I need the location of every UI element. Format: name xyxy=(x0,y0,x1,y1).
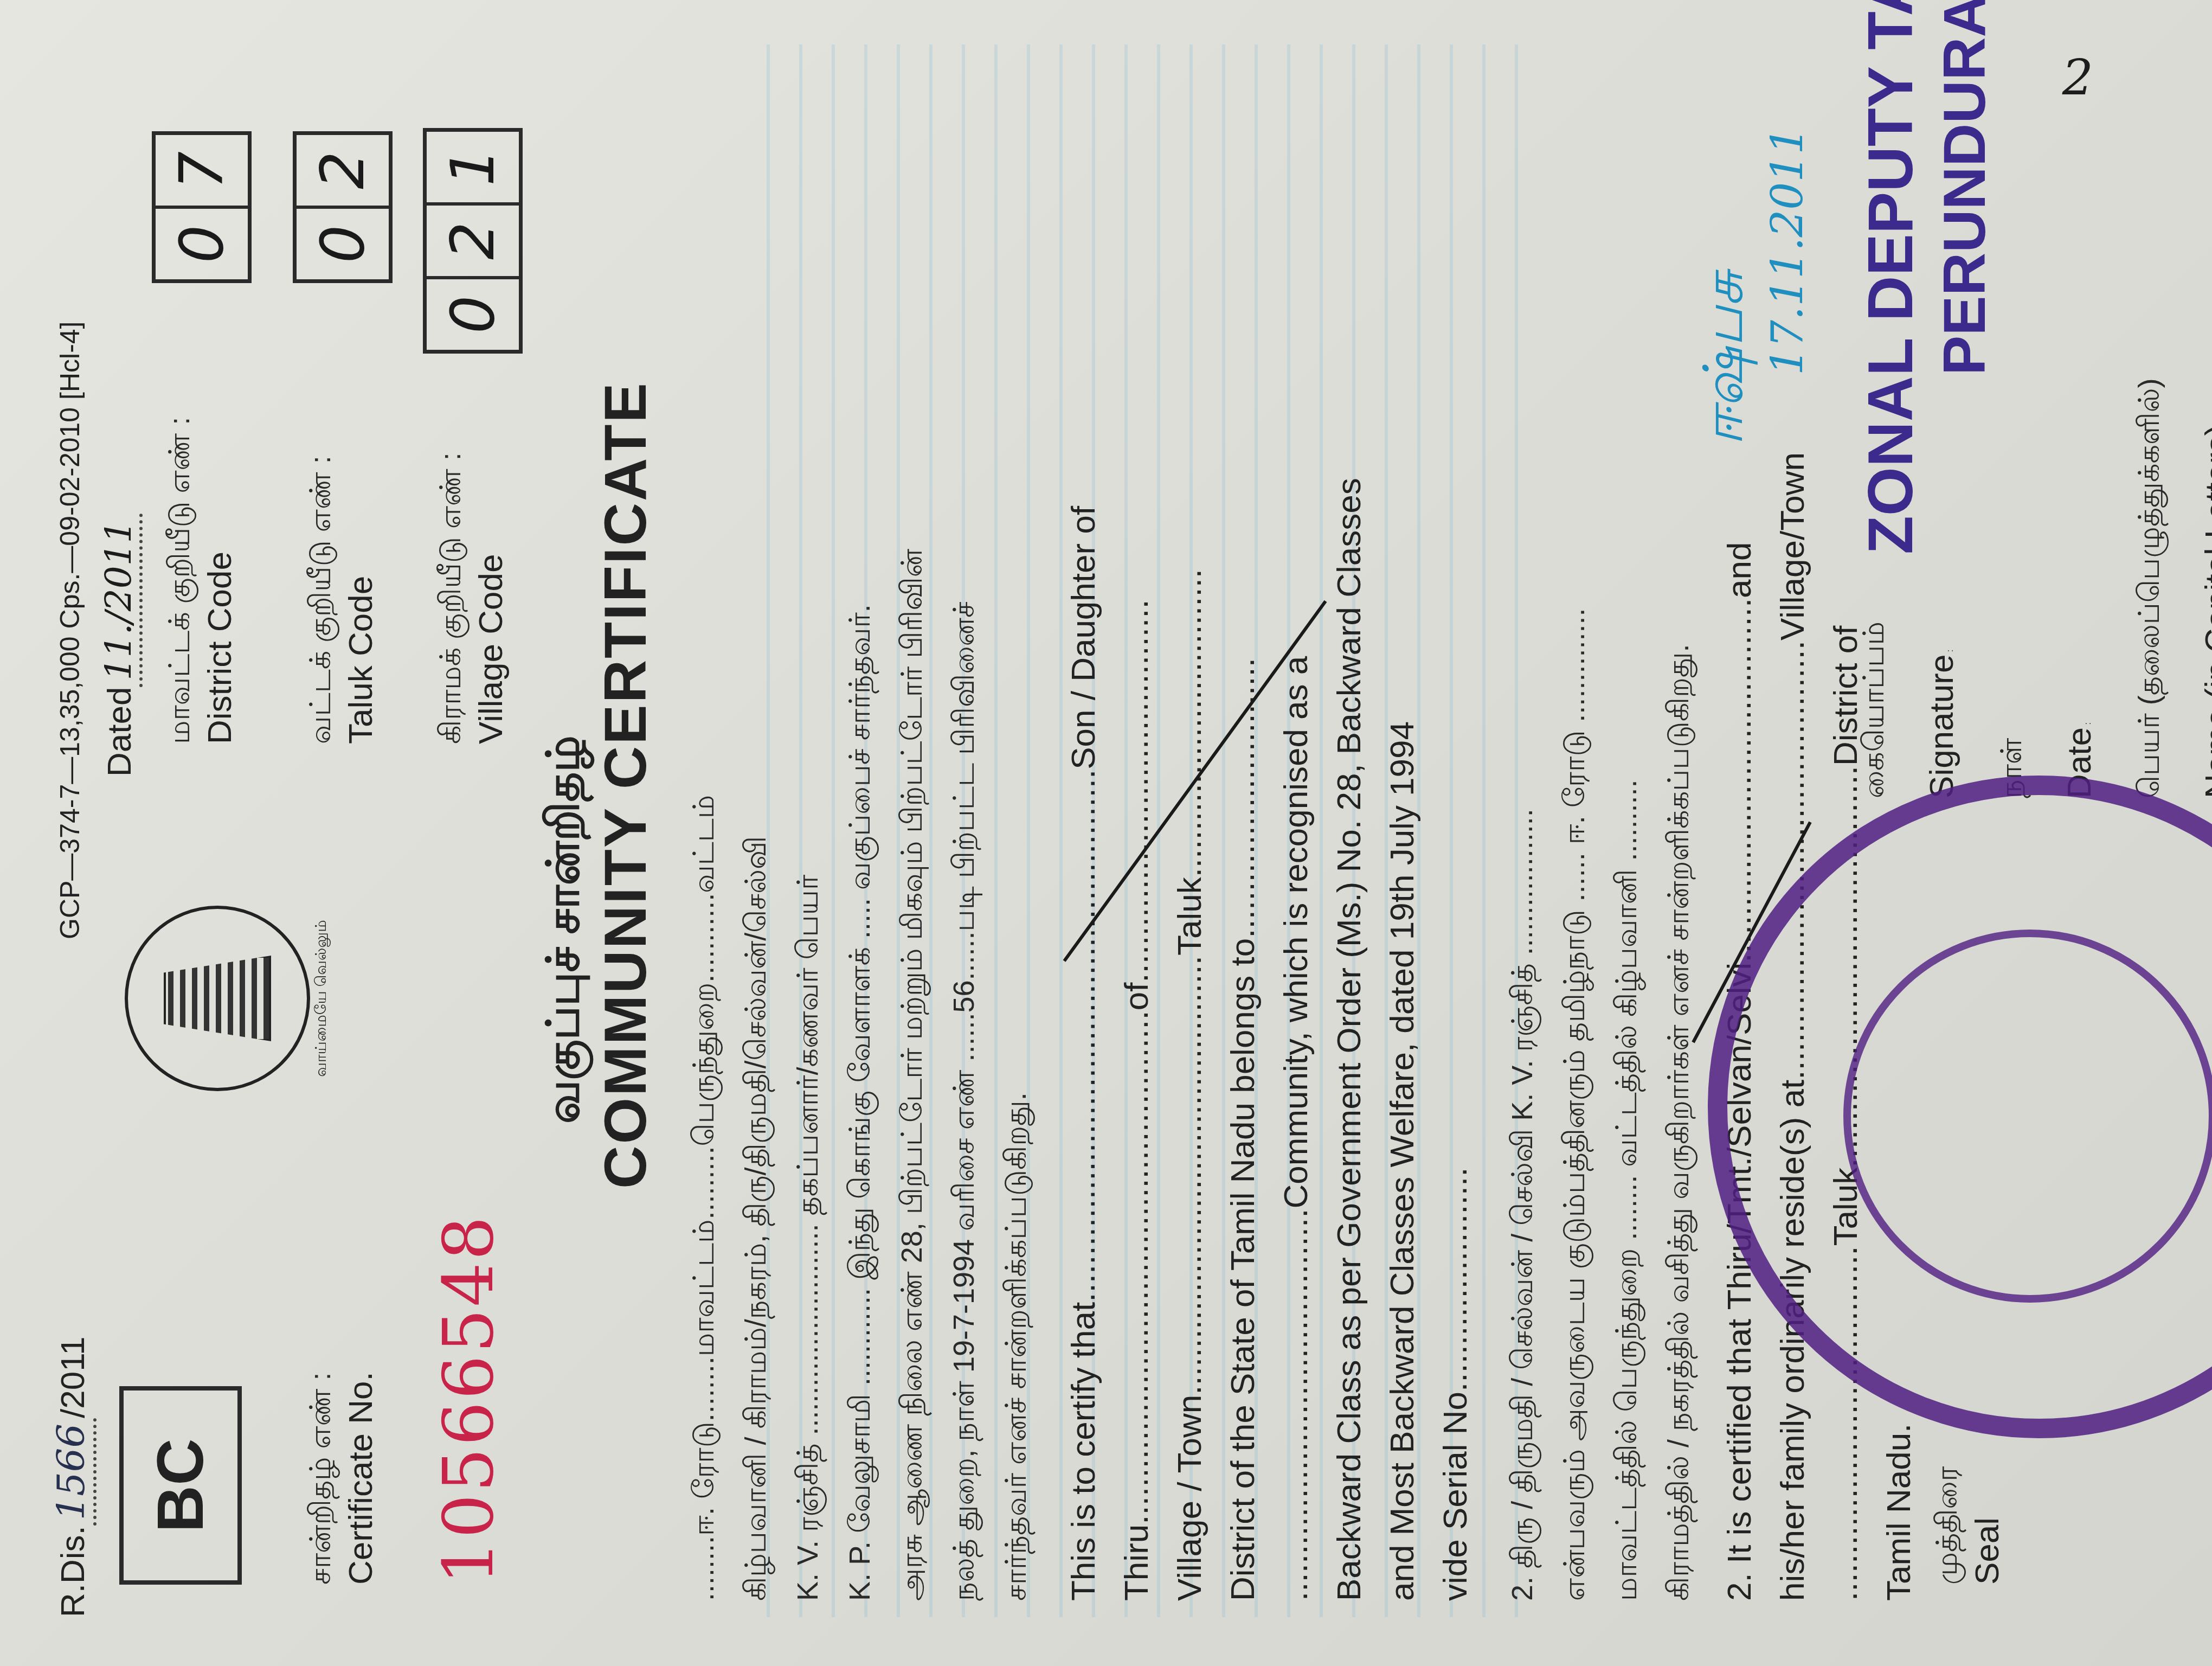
tamil-para2-line: மாவட்டத்தில் பெருந்துறை ........ வட்டத்த… xyxy=(1600,608,1652,1601)
district-code-digit: 7 xyxy=(156,135,248,206)
designation-stamp-line1: ZONAL DEPUTY TAHSILDAR xyxy=(1854,0,1927,554)
tamil-para2-line: கிராமத்தில் / நகரத்தில் வசித்து வருகிறார… xyxy=(1652,608,1705,1601)
village-code-digit: 0 xyxy=(427,276,519,350)
title-tamil: வகுப்புச் சான்றிதழ் xyxy=(537,735,596,1124)
signature-label-en: Signature xyxy=(1923,655,1960,798)
rdis-value: 1566 xyxy=(49,1418,97,1526)
rdis-label: R.Dis. xyxy=(54,1526,92,1617)
designation-stamp-line2: PERUNDURAI. xyxy=(1930,0,1999,375)
english-para1-line: Thiru...................................… xyxy=(1110,478,1163,1601)
tamil-para1-line: K. V. ரஞ்சித் ..........................… xyxy=(782,549,834,1601)
english-para1-line: vide Serial No........................ xyxy=(1429,478,1482,1601)
seal-label-en: Seal xyxy=(1968,1466,2007,1585)
taluk-code-box: 0 2 xyxy=(293,131,393,283)
certificate-no-label: சான்றிதழ் எண் : Certificate No. xyxy=(304,1372,380,1585)
title-english: COMMUNITY CERTIFICATE xyxy=(591,381,660,1189)
signature-date: 17.11.2011 xyxy=(1762,127,1812,375)
taluk-code-label-ta: வட்டக் குறியீடு எண் : xyxy=(304,456,342,744)
page-number-mark: 2 xyxy=(2062,49,2093,106)
emblem-caption: வாய்மையே வெல்லும் xyxy=(312,906,332,1091)
district-code-label-en: District Code xyxy=(201,417,239,744)
tamil-para1-line: அரசு ஆணை நிலை எண் 28, பிற்பட்டோர் மற்றும… xyxy=(886,549,938,1601)
english-para1-line: Backward Class as per Government Order (… xyxy=(1323,478,1376,1601)
signature-initials: ஈஷ்பசு xyxy=(1692,271,1763,446)
certificate-number: 10566548 xyxy=(428,1214,509,1585)
emblem-temple-icon xyxy=(125,906,310,1091)
tamil-nadu-emblem: வாய்மையே வெல்லும் xyxy=(125,906,332,1091)
category-badge: BC xyxy=(119,1386,242,1585)
district-code-box: 0 7 xyxy=(152,131,252,283)
tamil-para1-line: கிழ்பவானி / கிராமம்/நகரம், திரு/திருமதி/… xyxy=(730,549,782,1601)
tamil-paragraph-1: ........ஈ. ரோடு........மாவட்டம்.........… xyxy=(678,549,1042,1601)
english-para1-line: This is to certify that.................… xyxy=(1057,478,1110,1601)
certificate-no-label-en: Certificate No. xyxy=(342,1372,380,1585)
official-round-seal-inner xyxy=(1843,930,2212,1303)
district-code-label-ta: மாவட்டக் குறியீடு எண் : xyxy=(163,417,201,744)
taluk-code-digit: 0 xyxy=(297,206,389,279)
district-code-row: மாவட்டக் குறியீடு எண் : District Code xyxy=(163,417,239,744)
seal-label-ta: முத்திரை xyxy=(1930,1466,1968,1585)
village-code-label-ta: கிராமக் குறியீடு எண் : xyxy=(434,452,472,744)
tamil-para2-line: 2. திரு / திருமதி / செல்வன் / செல்வி K. … xyxy=(1496,608,1548,1601)
name-label-en: Name (in Capital Letters) xyxy=(2198,425,2212,798)
community-certificate-page: 2 R.Dis.1566/2011 GCP—374-7—13,35,000 Cp… xyxy=(0,0,2212,1666)
taluk-code-label-en: Taluk Code xyxy=(342,456,380,744)
certificate-no-label-ta: சான்றிதழ் எண் : xyxy=(304,1372,342,1585)
dated-value: 11./2011 xyxy=(98,514,143,687)
dated-field: Dated11./2011 xyxy=(98,514,143,777)
print-reference: GCP—374-7—13,35,000 Cps.—09-02-2010 [Hcl… xyxy=(54,322,86,939)
rdis-year: /2011 xyxy=(54,1337,92,1419)
tamil-para1-line: ........ஈ. ரோடு........மாவட்டம்.........… xyxy=(678,549,730,1601)
village-code-box: 0 2 1 xyxy=(423,128,523,354)
tamil-para1-line: நலத் துறை, நாள் 19-7-1994 வரிசை எண் ....… xyxy=(938,549,990,1601)
english-para1-line: and Most Backward Classes Welfare, dated… xyxy=(1376,478,1429,1601)
taluk-code-digit: 2 xyxy=(297,135,389,206)
seal-label: முத்திரை Seal xyxy=(1930,1466,2007,1585)
english-para1-line: Village / Town..........................… xyxy=(1163,478,1217,1601)
dated-label: Dated xyxy=(101,687,138,777)
english-para1-line: District of the State of Tamil Nadu belo… xyxy=(1217,478,1270,1601)
village-code-row: கிராமக் குறியீடு எண் : Village Code xyxy=(434,452,510,744)
rdis-field: R.Dis.1566/2011 xyxy=(49,1337,97,1618)
village-code-digit: 2 xyxy=(427,202,519,276)
village-code-label-en: Village Code xyxy=(472,452,510,744)
tamil-para1-line: சார்ந்தவர் எனச் சான்றளிக்கப்படுகிறது. xyxy=(990,549,1042,1601)
taluk-code-row: வட்டக் குறியீடு எண் : Taluk Code xyxy=(304,456,380,744)
english-para1-line: ........................................… xyxy=(1270,478,1323,1601)
tamil-para2-line: என்பவரும் அவருடைய குடும்பத்தினரும் தமிழ்… xyxy=(1548,608,1600,1601)
name-label-ta: பெயர் (தலைப்பெழுத்துக்களில்) xyxy=(2133,379,2165,798)
village-code-digit: 1 xyxy=(427,132,519,202)
signature-label-ta: கையொப்பம் xyxy=(1857,621,1890,798)
tamil-paragraph-2: 2. திரு / திருமதி / செல்வன் / செல்வி K. … xyxy=(1496,608,1705,1601)
english-paragraph-1: This is to certify that.................… xyxy=(1057,478,1482,1601)
district-code-digit: 0 xyxy=(156,206,248,279)
tamil-para1-line: K. P. வேலுசாமி ............ இந்து கொங்கு… xyxy=(834,549,886,1601)
